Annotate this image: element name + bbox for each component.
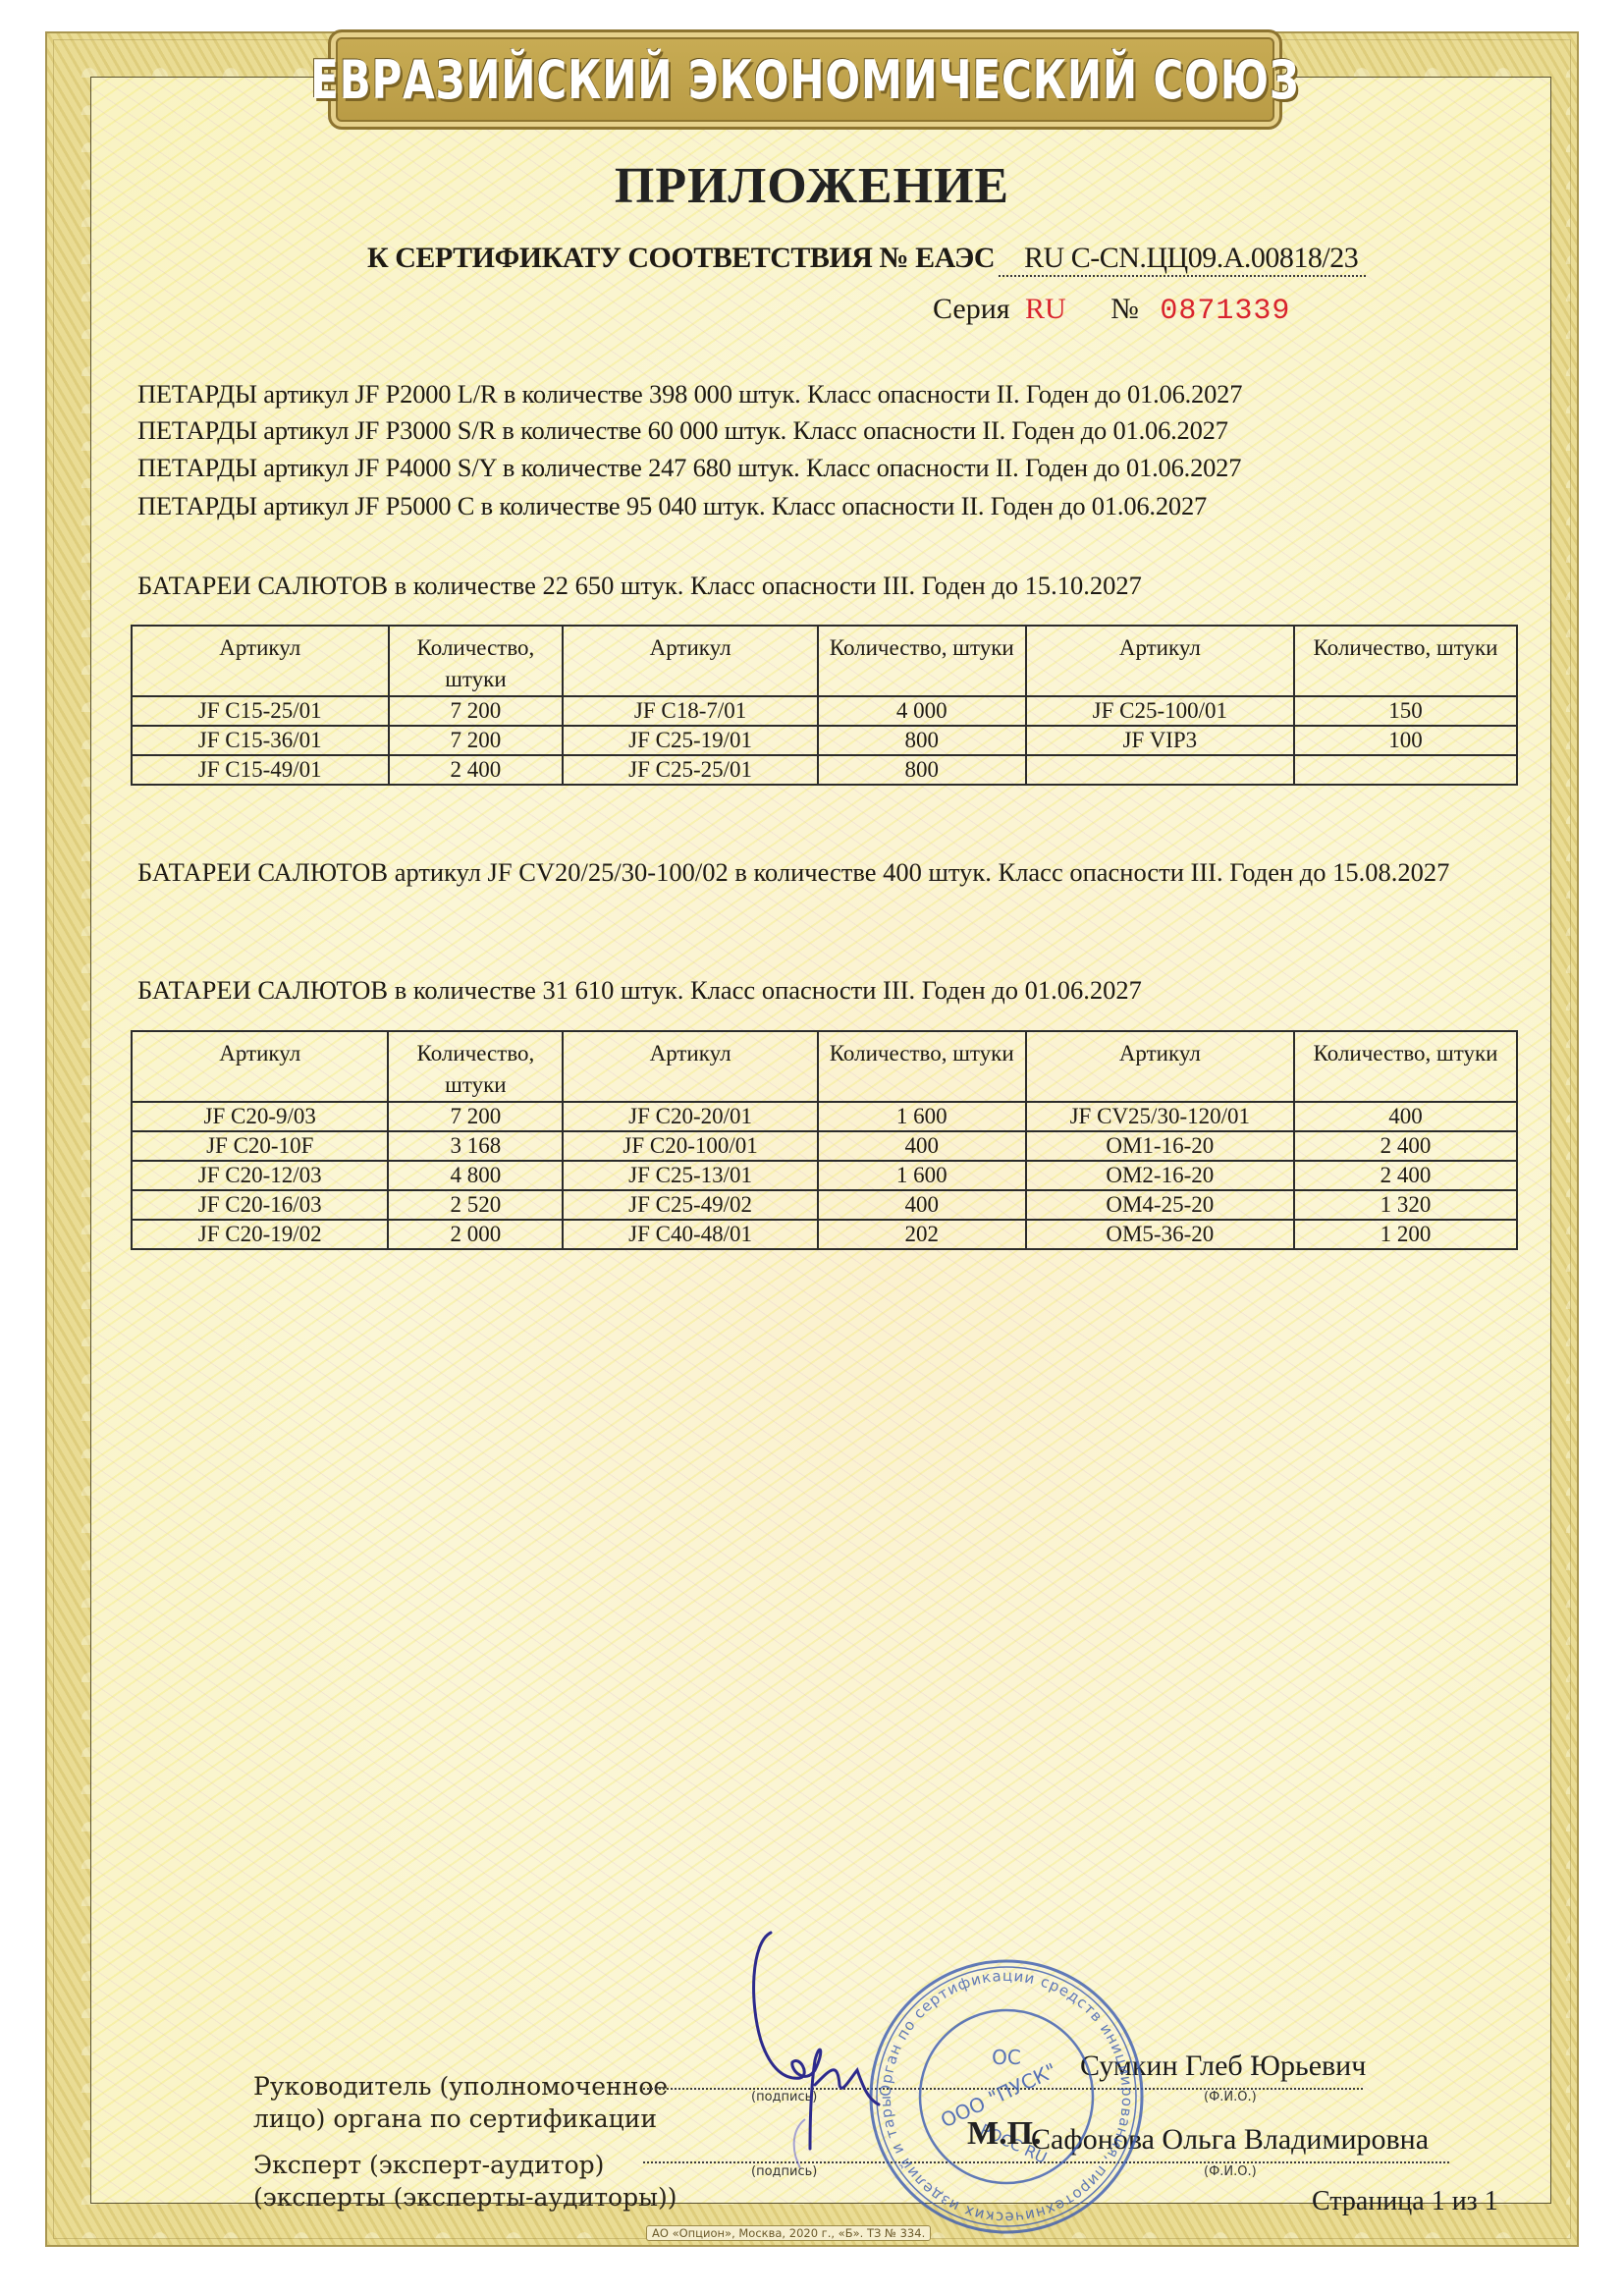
column-header: Артикул — [132, 626, 389, 696]
table-cell: JF C18-7/01 — [563, 696, 818, 726]
column-header: Количество, штуки — [818, 626, 1026, 696]
table-cell: JF C25-25/01 — [563, 755, 818, 785]
table-cell: OM4-25-20 — [1026, 1190, 1294, 1220]
table-cell: 4 000 — [818, 696, 1026, 726]
table-cell: 1 600 — [818, 1161, 1026, 1190]
table-cell: JF C20-19/02 — [132, 1220, 388, 1249]
table-cell: 1 320 — [1294, 1190, 1517, 1220]
page-indicator: Страница 1 из 1 — [1312, 2186, 1498, 2217]
section3-table: АртикулКоличество, штукиАртикулКоличеств… — [131, 1030, 1518, 1250]
table-cell: 7 200 — [389, 696, 564, 726]
column-header: Артикул — [563, 1031, 817, 1102]
table-cell: 800 — [818, 755, 1026, 785]
head-label-line-1: Руководитель (уполномоченное — [253, 2070, 668, 2103]
table-row: JF C15-25/017 200JF C18-7/014 000JF C25-… — [132, 696, 1517, 726]
section1-heading: БАТАРЕИ САЛЮТОВ в количестве 22 650 штук… — [137, 571, 1142, 601]
column-header: Количество, штуки — [818, 1031, 1026, 1102]
table-cell: JF C15-36/01 — [132, 726, 389, 755]
table-header-row: АртикулКоличество, штукиАртикулКоличеств… — [132, 626, 1517, 696]
table-cell: 1 200 — [1294, 1220, 1517, 1249]
blank-number-value: 0871339 — [1160, 295, 1290, 328]
table-row: JF C15-49/012 400JF C25-25/01800 — [132, 755, 1517, 785]
firecracker-line: ПЕТАРДЫ артикул JF P4000 S/Y в количеств… — [137, 453, 1241, 483]
table-cell: JF VIP3 — [1026, 726, 1294, 755]
head-of-body-label: Руководитель (уполномоченное лицо) орган… — [253, 2070, 668, 2135]
table-cell: JF C20-100/01 — [563, 1131, 817, 1161]
section3-heading: БАТАРЕИ САЛЮТОВ в количестве 31 610 штук… — [137, 975, 1142, 1006]
page-title: ПРИЛОЖЕНИЕ — [0, 157, 1624, 215]
table-cell: 400 — [1294, 1102, 1517, 1131]
banner-title: ЕВРАЗИЙСКИЙ ЭКОНОМИЧЕСКИЙ СОЮЗ — [310, 49, 1299, 111]
certificate-prefix: К СЕРТИФИКАТУ СООТВЕТСТВИЯ № ЕАЭС — [367, 242, 995, 274]
table-cell: 400 — [818, 1131, 1026, 1161]
table-row: JF C20-19/022 000JF C40-48/01202OM5-36-2… — [132, 1220, 1517, 1249]
table-cell: JF C15-49/01 — [132, 755, 389, 785]
section2-text: БАТАРЕИ САЛЮТОВ артикул JF CV20/25/30-10… — [98, 857, 1532, 887]
column-header: Количество, штуки — [389, 626, 564, 696]
table-cell: 3 168 — [388, 1131, 563, 1161]
column-header: Артикул — [563, 626, 818, 696]
table-cell: 4 800 — [388, 1161, 563, 1190]
table-row: JF C20-10F3 168JF C20-100/01400OM1-16-20… — [132, 1131, 1517, 1161]
column-header: Количество, штуки — [1294, 626, 1517, 696]
section1-table: АртикулКоличество, штукиАртикулКоличеств… — [131, 625, 1518, 786]
printer-imprint: АО «Опцион», Москва, 2020 г., «Б». ТЗ № … — [646, 2225, 931, 2241]
firecracker-line: ПЕТАРДЫ артикул JF P2000 L/R в количеств… — [137, 379, 1242, 410]
table-header-row: АртикулКоличество, штукиАртикулКоличеств… — [132, 1031, 1517, 1102]
table-row: JF C20-9/037 200JF C20-20/011 600JF CV25… — [132, 1102, 1517, 1131]
table-cell: JF C20-10F — [132, 1131, 388, 1161]
table-cell: 800 — [818, 726, 1026, 755]
table-cell: OM1-16-20 — [1026, 1131, 1294, 1161]
table-cell — [1026, 755, 1294, 785]
table-cell: 1 600 — [818, 1102, 1026, 1131]
table-cell: JF C20-16/03 — [132, 1190, 388, 1220]
table-row: JF C20-16/032 520JF C25-49/02400OM4-25-2… — [132, 1190, 1517, 1220]
head-label-line-2: лицо) органа по сертификации — [253, 2103, 668, 2135]
firecracker-line: ПЕТАРДЫ артикул JF P5000 C в количестве … — [137, 491, 1207, 521]
table-cell: JF C20-12/03 — [132, 1161, 388, 1190]
name-caption: (Ф.И.О.) — [1204, 2164, 1257, 2179]
stamp-center-text: ОС — [992, 2046, 1021, 2069]
table-cell: JF C25-13/01 — [563, 1161, 817, 1190]
expert-label-line-1: Эксперт (эксперт-аудитор) — [253, 2149, 677, 2181]
table-cell — [1294, 755, 1517, 785]
table-cell: 100 — [1294, 726, 1517, 755]
series-value: RU — [1025, 293, 1066, 325]
table-row: JF C20-12/034 800JF C25-13/011 600OM2-16… — [132, 1161, 1517, 1190]
table-cell: JF CV25/30-120/01 — [1026, 1102, 1294, 1131]
table-cell: 2 400 — [1294, 1161, 1517, 1190]
table-cell: 202 — [818, 1220, 1026, 1249]
table-cell: 2 000 — [388, 1220, 563, 1249]
table-cell: JF C25-49/02 — [563, 1190, 817, 1220]
series-label: Серия — [933, 293, 1010, 325]
stamp-place-mark: М.П. — [967, 2115, 1042, 2153]
column-header: Артикул — [1026, 1031, 1294, 1102]
table-cell: 150 — [1294, 696, 1517, 726]
column-header: Количество, штуки — [388, 1031, 563, 1102]
table-cell: 2 400 — [389, 755, 564, 785]
name-caption: (Ф.И.О.) — [1204, 2090, 1257, 2105]
expert-label-line-2: (эксперты (эксперты-аудиторы)) — [253, 2181, 677, 2214]
table-cell: 7 200 — [389, 726, 564, 755]
blank-number-label: № — [1110, 293, 1139, 325]
table-cell: 2 520 — [388, 1190, 563, 1220]
handwritten-signature — [731, 1923, 908, 2178]
table-cell: JF C25-19/01 — [563, 726, 818, 755]
column-header: Количество, штуки — [1294, 1031, 1517, 1102]
column-header: Артикул — [1026, 626, 1294, 696]
table-row: JF C15-36/017 200JF C25-19/01800JF VIP31… — [132, 726, 1517, 755]
header-banner: ЕВРАЗИЙСКИЙ ЭКОНОМИЧЕСКИЙ СОЮЗ — [328, 29, 1282, 130]
table-cell: JF C20-20/01 — [563, 1102, 817, 1131]
certificate-number: RU C-CN.ЦЦ09.А.00818/23 — [999, 242, 1366, 277]
expert-label: Эксперт (эксперт-аудитор) (эксперты (экс… — [253, 2149, 677, 2214]
table-cell: 2 400 — [1294, 1131, 1517, 1161]
series-line: Серия RU № 0871339 — [933, 293, 1290, 328]
table-cell: 400 — [818, 1190, 1026, 1220]
table-cell: JF C25-100/01 — [1026, 696, 1294, 726]
table-cell: JF C20-9/03 — [132, 1102, 388, 1131]
table-cell: JF C15-25/01 — [132, 696, 389, 726]
certificate-reference: К СЕРТИФИКАТУ СООТВЕТСТВИЯ № ЕАЭСRU C-CN… — [367, 242, 1366, 277]
table-cell: 7 200 — [388, 1102, 563, 1131]
table-cell: OM2-16-20 — [1026, 1161, 1294, 1190]
table-cell: JF C40-48/01 — [563, 1220, 817, 1249]
firecracker-line: ПЕТАРДЫ артикул JF P3000 S/R в количеств… — [137, 415, 1228, 446]
column-header: Артикул — [132, 1031, 388, 1102]
table-cell: OM5-36-20 — [1026, 1220, 1294, 1249]
